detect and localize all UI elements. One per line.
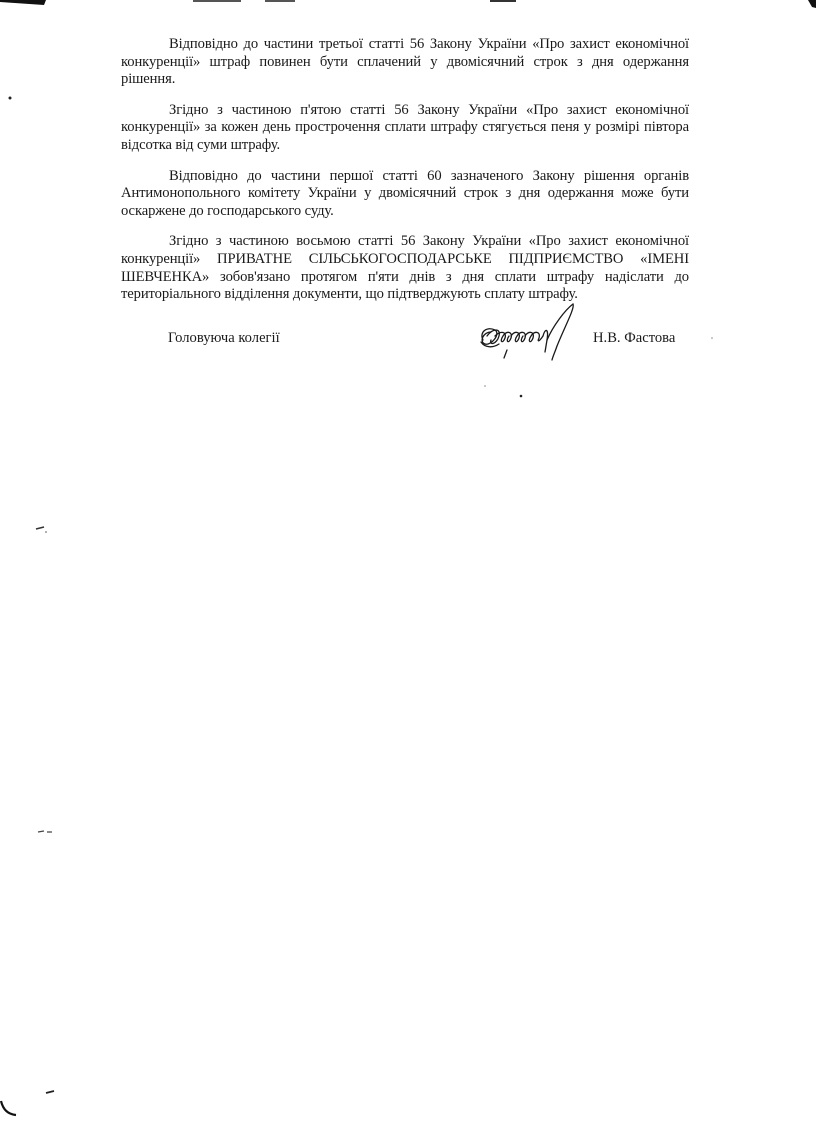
signatory-name: Н.В. Фастова [593,330,675,347]
handwritten-signature-icon [473,302,583,370]
signatory-role: Головуюча колегії [168,330,280,347]
document-body: Відповідно до частини третьої статті 56 … [121,36,689,317]
paragraph-appeal-right: Відповідно до частини першої статті 60 з… [121,168,689,221]
scanned-document-page: Відповідно до частини третьої статті 56 … [0,0,816,1122]
signature-block: Головуюча колегії Н.В. Фастова [168,330,728,370]
paragraph-late-penalty: Згідно з частиною п'ятою статті 56 Закон… [121,102,689,155]
paragraph-payment-proof: Згідно з частиною восьмою статті 56 Зако… [121,233,689,303]
paragraph-fine-payment-deadline: Відповідно до частини третьої статті 56 … [121,36,689,89]
